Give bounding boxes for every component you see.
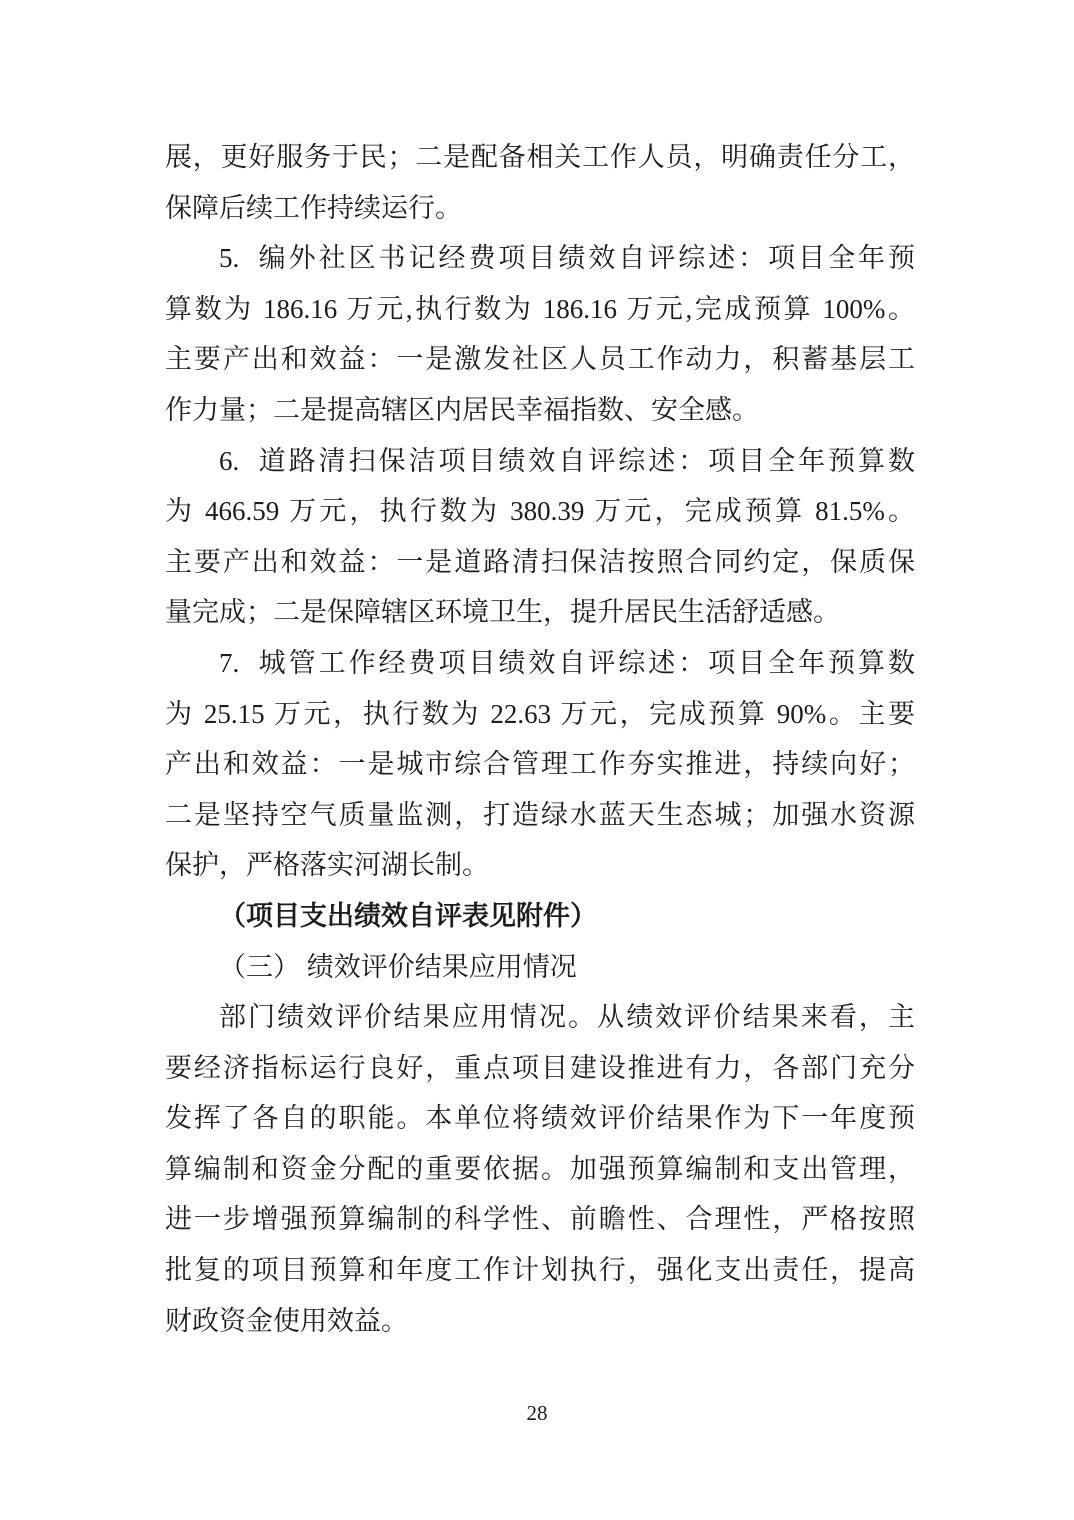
- text-line: 6. 道路清扫保洁项目绩效自评综述：项目全年预算数: [165, 436, 915, 487]
- section-heading: （三） 绩效评价结果应用情况: [165, 942, 915, 993]
- text-line: 部门绩效评价结果应用情况。从绩效评价结果来看，主: [165, 992, 915, 1043]
- document-body: 展，更好服务于民；二是配备相关工作人员，明确责任分工， 保障后续工作持续运行。 …: [165, 132, 915, 1346]
- text-line: 5. 编外社区书记经费项目绩效自评综述：项目全年预: [165, 233, 915, 284]
- text-line: 算数为 186.16 万元,执行数为 186.16 万元,完成预算 100%。: [165, 284, 915, 335]
- text-line: 二是坚持空气质量监测，打造绿水蓝天生态城；加强水资源: [165, 790, 915, 841]
- text-line: 7. 城管工作经费项目绩效自评综述：项目全年预算数: [165, 638, 915, 689]
- page-number: 28: [0, 1398, 1074, 1428]
- text-line: 保护，严格落实河湖长制。: [165, 840, 915, 891]
- text-line: 财政资金使用效益。: [165, 1296, 915, 1347]
- text-line: 要经济指标运行良好，重点项目建设推进有力，各部门充分: [165, 1043, 915, 1094]
- text-line: 发挥了各自的职能。本单位将绩效评价结果作为下一年度预: [165, 1093, 915, 1144]
- text-line: 主要产出和效益：一是激发社区人员工作动力，积蓄基层工: [165, 334, 915, 385]
- document-page: 展，更好服务于民；二是配备相关工作人员，明确责任分工， 保障后续工作持续运行。 …: [0, 0, 1074, 1520]
- text-line: 为 466.59 万元，执行数为 380.39 万元，完成预算 81.5%。: [165, 486, 915, 537]
- text-line: 主要产出和效益：一是道路清扫保洁按照合同约定，保质保: [165, 537, 915, 588]
- text-line: 算编制和资金分配的重要依据。加强预算编制和支出管理，: [165, 1144, 915, 1195]
- text-line: 批复的项目预算和年度工作计划执行，强化支出责任，提高: [165, 1245, 915, 1296]
- text-line: 保障后续工作持续运行。: [165, 183, 915, 234]
- text-line: 为 25.15 万元，执行数为 22.63 万元，完成预算 90%。主要: [165, 689, 915, 740]
- text-line: 作力量；二是提高辖区内居民幸福指数、安全感。: [165, 385, 915, 436]
- text-line: 产出和效益：一是城市综合管理工作夯实推进，持续向好；: [165, 739, 915, 790]
- text-line: 展，更好服务于民；二是配备相关工作人员，明确责任分工，: [165, 132, 915, 183]
- text-line: 量完成；二是保障辖区环境卫生，提升居民生活舒适感。: [165, 587, 915, 638]
- attachment-note-line: （项目支出绩效自评表见附件）: [165, 891, 915, 942]
- text-line: 进一步增强预算编制的科学性、前瞻性、合理性，严格按照: [165, 1194, 915, 1245]
